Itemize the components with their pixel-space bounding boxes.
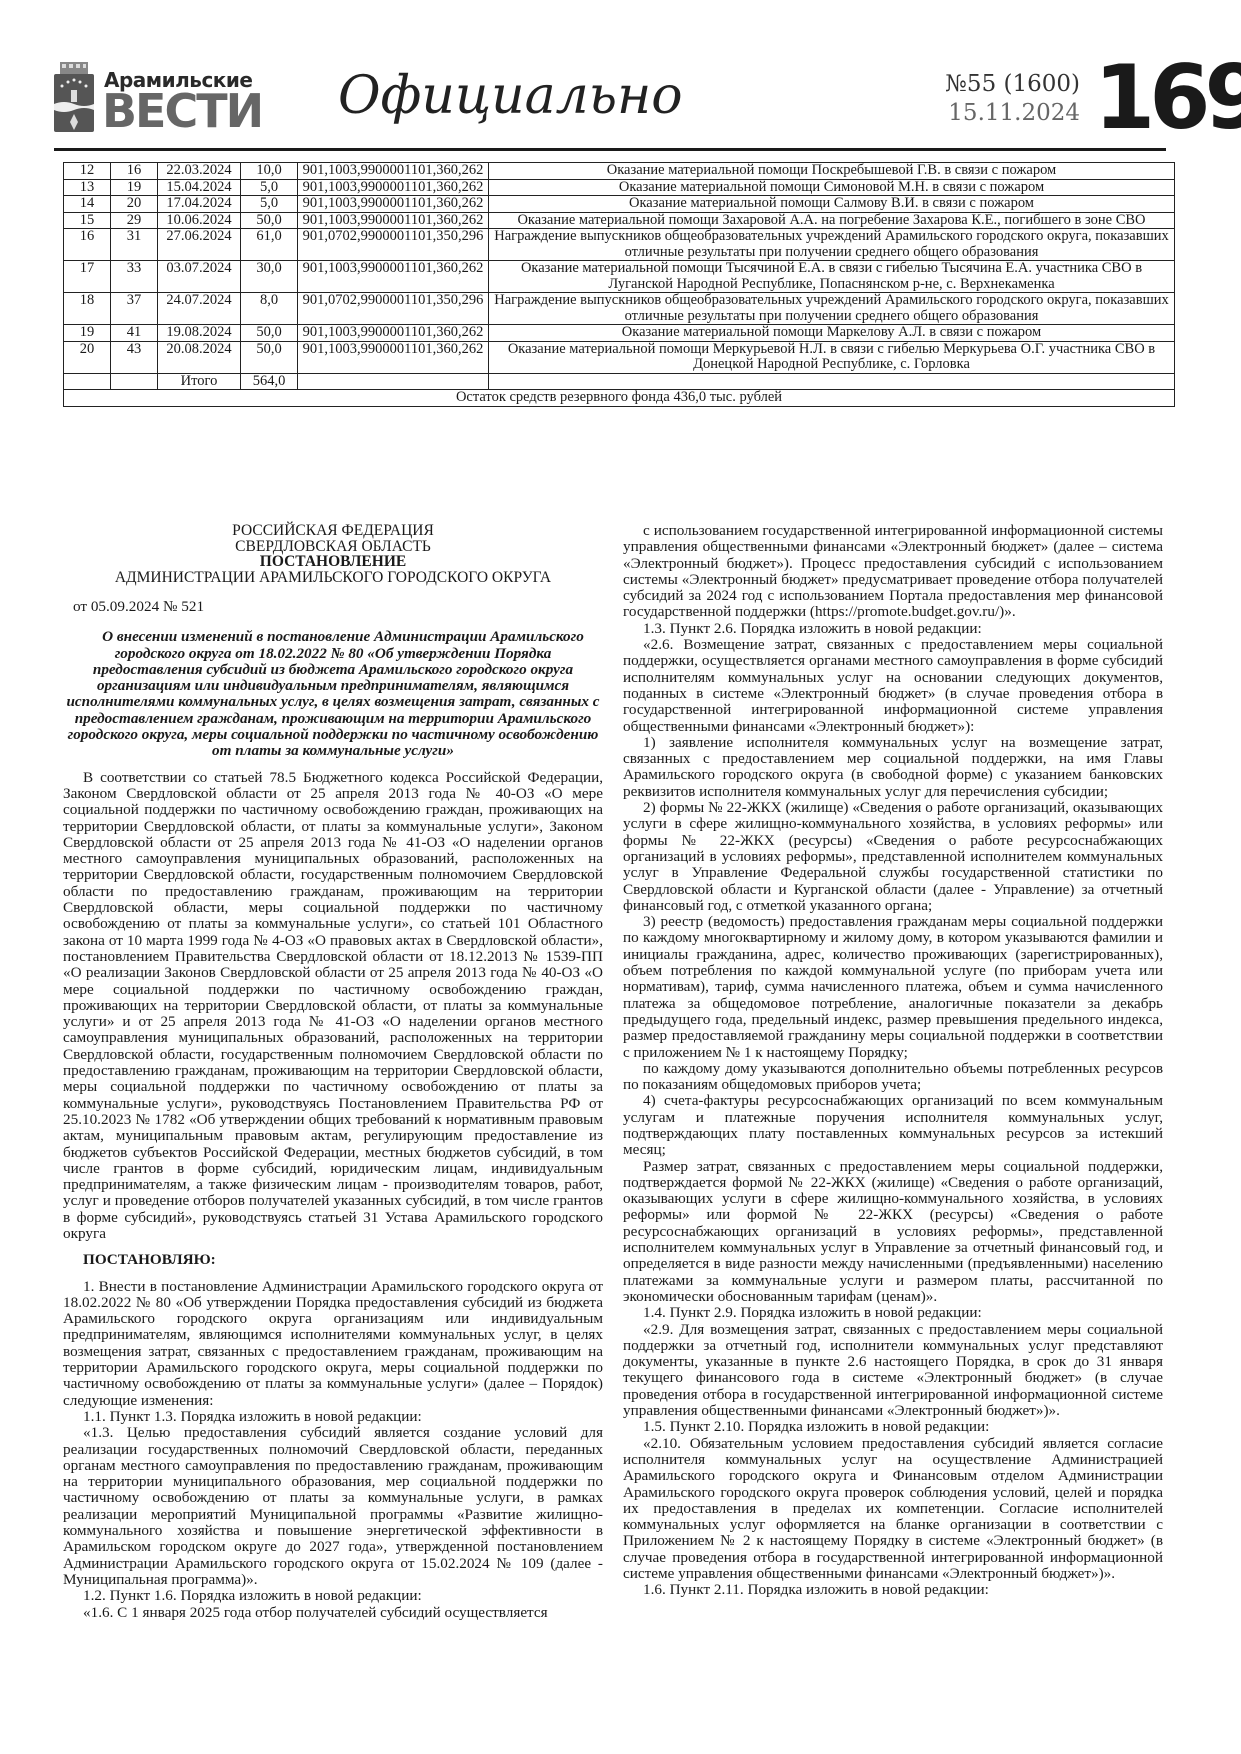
paragraph: 1.3. Пункт 2.6. Порядка изложить в новой… xyxy=(623,621,1163,637)
paragraph: Размер затрат, связанных с предоставлени… xyxy=(623,1159,1163,1306)
cell-sum: 5,0 xyxy=(241,196,298,213)
cell-empty xyxy=(298,373,489,390)
cell-desc: Оказание материальной помощи Захаровой А… xyxy=(489,212,1175,229)
cell-desc: Оказание материальной помощи Поскребышев… xyxy=(489,163,1175,180)
cell-n: 14 xyxy=(64,196,111,213)
left-column: РОССИЙСКАЯ ФЕДЕРАЦИЯ СВЕРДЛОВСКАЯ ОБЛАСТ… xyxy=(63,523,603,1621)
cell-desc: Оказание материальной помощи Салмову В.И… xyxy=(489,196,1175,213)
paragraph: 1. Внести в постановление Администрации … xyxy=(63,1279,603,1409)
paragraph: 3) реестр (ведомость) предоставления гра… xyxy=(623,914,1163,1061)
cell-sum: 61,0 xyxy=(241,229,298,261)
cell-doc: 31 xyxy=(111,229,158,261)
cell-desc: Оказание материальной помощи Тысячиной Е… xyxy=(489,261,1175,293)
cell-date: 17.04.2024 xyxy=(158,196,241,213)
table-row: 152910.06.202450,0901,1003,9900001101,36… xyxy=(64,212,1175,229)
table-row: 173303.07.202430,0901,1003,9900001101,36… xyxy=(64,261,1175,293)
preamble: В соответствии со статьей 78.5 Бюджетног… xyxy=(63,770,603,1243)
cell-empty xyxy=(489,373,1175,390)
cell-kbk: 901,1003,9900001101,360,262 xyxy=(298,212,489,229)
remainder-row: Остаток средств резервного фонда 436,0 т… xyxy=(64,390,1175,407)
header-authority: АДМИНИСТРАЦИИ АРАМИЛЬСКОГО ГОРОДСКОГО ОК… xyxy=(63,570,603,586)
cell-date: 10.06.2024 xyxy=(158,212,241,229)
cell-date: 27.06.2024 xyxy=(158,229,241,261)
cell-n: 19 xyxy=(64,325,111,342)
cell-sum: 8,0 xyxy=(241,293,298,325)
cell-sum: 50,0 xyxy=(241,341,298,373)
table-row: 194119.08.202450,0901,1003,9900001101,36… xyxy=(64,325,1175,342)
cell-date: 19.08.2024 xyxy=(158,325,241,342)
paragraph: 2) формы № 22-ЖКХ (жилище) «Сведения о р… xyxy=(623,800,1163,914)
cell-empty xyxy=(111,373,158,390)
issue-date: 15.11.2024 xyxy=(884,99,1080,128)
paragraph: «2.10. Обязательным условием предоставле… xyxy=(623,1436,1163,1583)
cell-date: 03.07.2024 xyxy=(158,261,241,293)
cell-kbk: 901,1003,9900001101,360,262 xyxy=(298,163,489,180)
cell-kbk: 901,1003,9900001101,360,262 xyxy=(298,341,489,373)
page-number: 169 xyxy=(1094,50,1241,146)
table-row: 204320.08.202450,0901,1003,9900001101,36… xyxy=(64,341,1175,373)
cell-sum: 10,0 xyxy=(241,163,298,180)
header-doctype: ПОСТАНОВЛЕНИЕ xyxy=(63,554,603,570)
cell-desc: Оказание материальной помощи Маркелову А… xyxy=(489,325,1175,342)
cell-doc: 37 xyxy=(111,293,158,325)
section-title: Официально xyxy=(338,66,683,126)
cell-n: 18 xyxy=(64,293,111,325)
paragraph: 1.5. Пункт 2.10. Порядка изложить в ново… xyxy=(623,1419,1163,1435)
cell-sum: 30,0 xyxy=(241,261,298,293)
cell-desc: Оказание материальной помощи Симоновой М… xyxy=(489,179,1175,196)
paragraph: 1.4. Пункт 2.9. Порядка изложить в новой… xyxy=(623,1305,1163,1321)
cell-kbk: 901,1003,9900001101,360,262 xyxy=(298,196,489,213)
cell-kbk: 901,1003,9900001101,360,262 xyxy=(298,261,489,293)
right-column: с использованием государственной интегри… xyxy=(623,523,1163,1599)
document-title: О внесении изменений в постановление Адм… xyxy=(63,629,603,759)
masthead: Арамильские ВЕСТИ Официально №55 (1600) … xyxy=(54,52,1166,142)
table-row: 163127.06.202461,0901,0702,9900001101,35… xyxy=(64,229,1175,261)
cell-doc: 20 xyxy=(111,196,158,213)
cell-n: 20 xyxy=(64,341,111,373)
issue-info: №55 (1600) 15.11.2024 xyxy=(884,70,1080,128)
remainder-text: Остаток средств резервного фонда 436,0 т… xyxy=(64,390,1175,407)
cell-n: 16 xyxy=(64,229,111,261)
header-country: РОССИЙСКАЯ ФЕДЕРАЦИЯ xyxy=(63,523,603,539)
header-region: СВЕРДЛОВСКАЯ ОБЛАСТЬ xyxy=(63,539,603,555)
issue-number: №55 (1600) xyxy=(884,70,1080,99)
cell-doc: 19 xyxy=(111,179,158,196)
total-row: Итого564,0 xyxy=(64,373,1175,390)
total-label: Итого xyxy=(158,373,241,390)
table-row: 121622.03.202410,0901,1003,9900001101,36… xyxy=(64,163,1175,180)
cell-sum: 5,0 xyxy=(241,179,298,196)
paragraph: «2.9. Для возмещения затрат, связанных с… xyxy=(623,1322,1163,1420)
cell-date: 20.08.2024 xyxy=(158,341,241,373)
header-rule xyxy=(54,148,1166,151)
cell-desc: Награждение выпускников общеобразователь… xyxy=(489,293,1175,325)
paragraph: 4) счета-фактуры ресурсоснабжающих орган… xyxy=(623,1093,1163,1158)
cell-n: 15 xyxy=(64,212,111,229)
paragraph: 1.1. Пункт 1.3. Порядка изложить в новой… xyxy=(63,1409,603,1425)
newspaper-logo: Арамильские ВЕСТИ xyxy=(54,62,244,134)
cell-n: 13 xyxy=(64,179,111,196)
total-value: 564,0 xyxy=(241,373,298,390)
paragraph: «1.3. Целью предоставления субсидий явля… xyxy=(63,1425,603,1588)
cell-desc: Оказание материальной помощи Меркурьевой… xyxy=(489,341,1175,373)
cell-empty xyxy=(64,373,111,390)
paragraph: 1.2. Пункт 1.6. Порядка изложить в новой… xyxy=(63,1588,603,1604)
cell-doc: 43 xyxy=(111,341,158,373)
decree-heading: ПОСТАНОВЛЯЮ: xyxy=(63,1252,603,1268)
paragraph: по каждому дому указываются дополнительн… xyxy=(623,1061,1163,1094)
cell-doc: 29 xyxy=(111,212,158,229)
paragraph: «1.6. С 1 января 2025 года отбор получат… xyxy=(63,1605,603,1621)
cell-doc: 33 xyxy=(111,261,158,293)
cell-kbk: 901,0702,9900001101,350,296 xyxy=(298,293,489,325)
paragraph: «2.6. Возмещение затрат, связанных с пре… xyxy=(623,637,1163,735)
cell-doc: 41 xyxy=(111,325,158,342)
cell-date: 15.04.2024 xyxy=(158,179,241,196)
paragraph: с использованием государственной интегри… xyxy=(623,523,1163,621)
cell-kbk: 901,1003,9900001101,360,262 xyxy=(298,325,489,342)
cell-kbk: 901,1003,9900001101,360,262 xyxy=(298,179,489,196)
cell-date: 24.07.2024 xyxy=(158,293,241,325)
cell-kbk: 901,0702,9900001101,350,296 xyxy=(298,229,489,261)
cell-n: 17 xyxy=(64,261,111,293)
reserve-fund-table: 121622.03.202410,0901,1003,9900001101,36… xyxy=(63,162,1175,407)
cell-date: 22.03.2024 xyxy=(158,163,241,180)
dateline: от 05.09.2024 № 521 xyxy=(63,599,603,615)
cell-desc: Награждение выпускников общеобразователь… xyxy=(489,229,1175,261)
paragraph: 1.6. Пункт 2.11. Порядка изложить в ново… xyxy=(623,1582,1163,1598)
table-row: 142017.04.20245,0901,1003,9900001101,360… xyxy=(64,196,1175,213)
table-row: 183724.07.20248,0901,0702,9900001101,350… xyxy=(64,293,1175,325)
cell-doc: 16 xyxy=(111,163,158,180)
coat-of-arms-icon xyxy=(54,62,94,134)
cell-sum: 50,0 xyxy=(241,325,298,342)
paragraph: 1) заявление исполнителя коммунальных ус… xyxy=(623,735,1163,800)
brand-bottom: ВЕСТИ xyxy=(102,84,262,138)
cell-n: 12 xyxy=(64,163,111,180)
cell-sum: 50,0 xyxy=(241,212,298,229)
table-row: 131915.04.20245,0901,1003,9900001101,360… xyxy=(64,179,1175,196)
